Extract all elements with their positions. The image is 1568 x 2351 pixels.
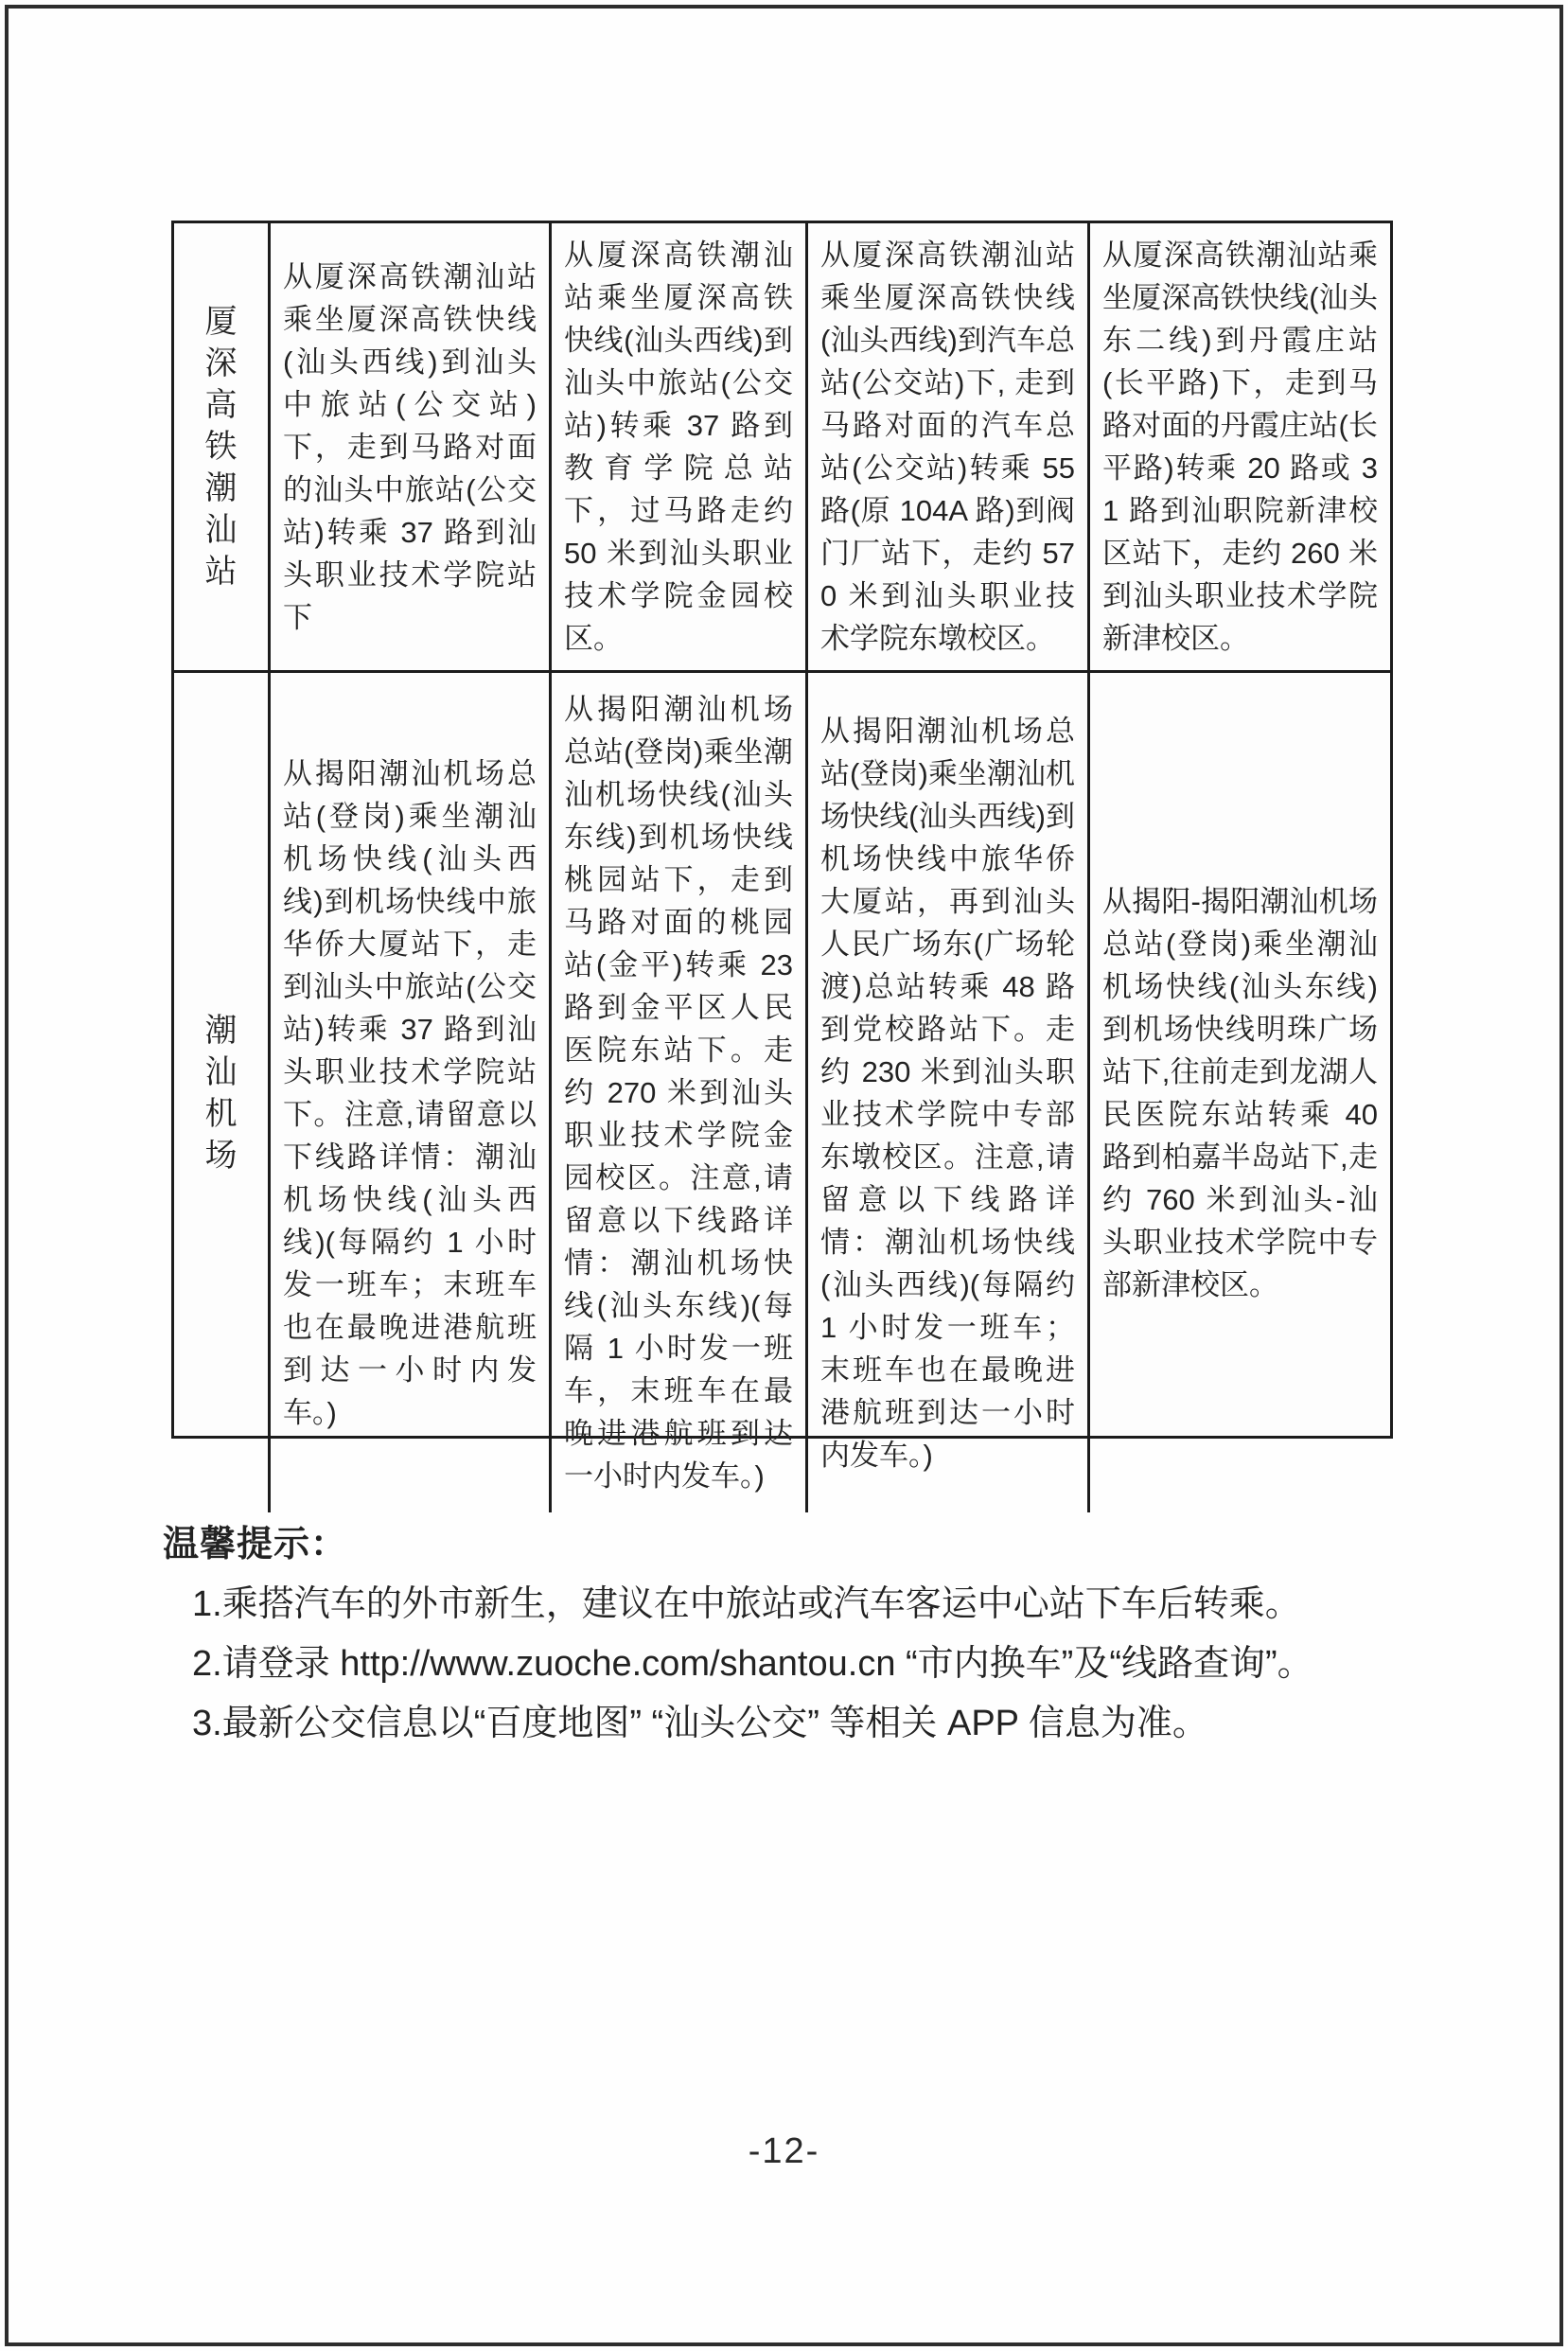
- route-cell: 从揭阳潮汕机场总站(登岗)乘坐潮汕机场快线(汕头西线)到机场快线中旅华侨大厦站，…: [805, 673, 1087, 1512]
- route-description: 从厦深高铁潮汕站乘坐厦深高铁快线(汕头西线)到汕头中旅站(公交站)转乘 37 路…: [564, 234, 793, 660]
- route-description: 从揭阳-揭阳潮汕机场总站(登岗)乘坐潮汕机场快线(汕头东线)到机场快线明珠广场站…: [1102, 880, 1378, 1306]
- route-cell: 从厦深高铁潮汕站乘坐厦深高铁快线(汕头西线)到汕头中旅站(公交站)下，走到马路对…: [268, 223, 549, 670]
- tip-item-3: 3.最新公交信息以“百度地图” “汕头公交” 等相关 APP 信息为准。: [163, 1694, 1488, 1754]
- table-row-airport: 潮汕机场 从揭阳潮汕机场总站(登岗)乘坐潮汕机场快线(汕头西线)到机场快线中旅华…: [174, 670, 1390, 1512]
- tips-section: 温馨提示： 1.乘搭汽车的外市新生，建议在中旅站或汽车客运中心站下车后转乘。 2…: [163, 1515, 1488, 1754]
- tip-item-1: 1.乘搭汽车的外市新生，建议在中旅站或汽车客运中心站下车后转乘。: [163, 1575, 1488, 1635]
- tips-title: 温馨提示：: [163, 1515, 1488, 1575]
- row-header-cell-gaotie: 厦深高铁潮汕站: [174, 223, 268, 670]
- route-description: 从揭阳潮汕机场总站(登岗)乘坐潮汕机场快线(汕头西线)到机场快线中旅华侨大厦站，…: [820, 710, 1075, 1476]
- route-cell: 从厦深高铁潮汕站乘坐厦深高铁快线(汕头东二线)到丹霞庄站(长平路)下，走到马路对…: [1087, 223, 1390, 670]
- route-description: 从揭阳潮汕机场总站(登岗)乘坐潮汕机场快线(汕头东线)到机场快线桃园站下，走到马…: [564, 688, 793, 1497]
- route-cell: 从揭阳-揭阳潮汕机场总站(登岗)乘坐潮汕机场快线(汕头东线)到机场快线明珠广场站…: [1087, 673, 1390, 1512]
- route-description: 从厦深高铁潮汕站乘坐厦深高铁快线(汕头东二线)到丹霞庄站(长平路)下，走到马路对…: [1102, 234, 1378, 660]
- route-description: 从厦深高铁潮汕站乘坐厦深高铁快线(汕头西线)到汽车总站(公交站)下, 走到马路对…: [820, 234, 1075, 660]
- route-cell: 从厦深高铁潮汕站乘坐厦深高铁快线(汕头西线)到汽车总站(公交站)下, 走到马路对…: [805, 223, 1087, 670]
- route-cell: 从揭阳潮汕机场总站(登岗)乘坐潮汕机场快线(汕头西线)到机场快线中旅华侨大厦站下…: [268, 673, 549, 1512]
- row-header-cell-airport: 潮汕机场: [174, 673, 268, 1512]
- document-page: 厦深高铁潮汕站 从厦深高铁潮汕站乘坐厦深高铁快线(汕头西线)到汕头中旅站(公交站…: [0, 0, 1568, 2351]
- row-header-label: 厦深高铁潮汕站: [203, 301, 239, 592]
- table-row-gaotie: 厦深高铁潮汕站 从厦深高铁潮汕站乘坐厦深高铁快线(汕头西线)到汕头中旅站(公交站…: [174, 223, 1390, 670]
- row-header-label: 潮汕机场: [203, 1010, 239, 1176]
- route-description: 从揭阳潮汕机场总站(登岗)乘坐潮汕机场快线(汕头西线)到机场快线中旅华侨大厦站下…: [283, 752, 537, 1434]
- transport-directions-table: 厦深高铁潮汕站 从厦深高铁潮汕站乘坐厦深高铁快线(汕头西线)到汕头中旅站(公交站…: [171, 221, 1393, 1439]
- tip-item-2: 2.请登录 http://www.zuoche.com/shantou.cn “…: [163, 1635, 1488, 1694]
- route-description: 从厦深高铁潮汕站乘坐厦深高铁快线(汕头西线)到汕头中旅站(公交站)下，走到马路对…: [283, 256, 537, 639]
- route-cell: 从厦深高铁潮汕站乘坐厦深高铁快线(汕头西线)到汕头中旅站(公交站)转乘 37 路…: [549, 223, 805, 670]
- route-cell: 从揭阳潮汕机场总站(登岗)乘坐潮汕机场快线(汕头东线)到机场快线桃园站下，走到马…: [549, 673, 805, 1512]
- page-number: -12-: [0, 2131, 1568, 2172]
